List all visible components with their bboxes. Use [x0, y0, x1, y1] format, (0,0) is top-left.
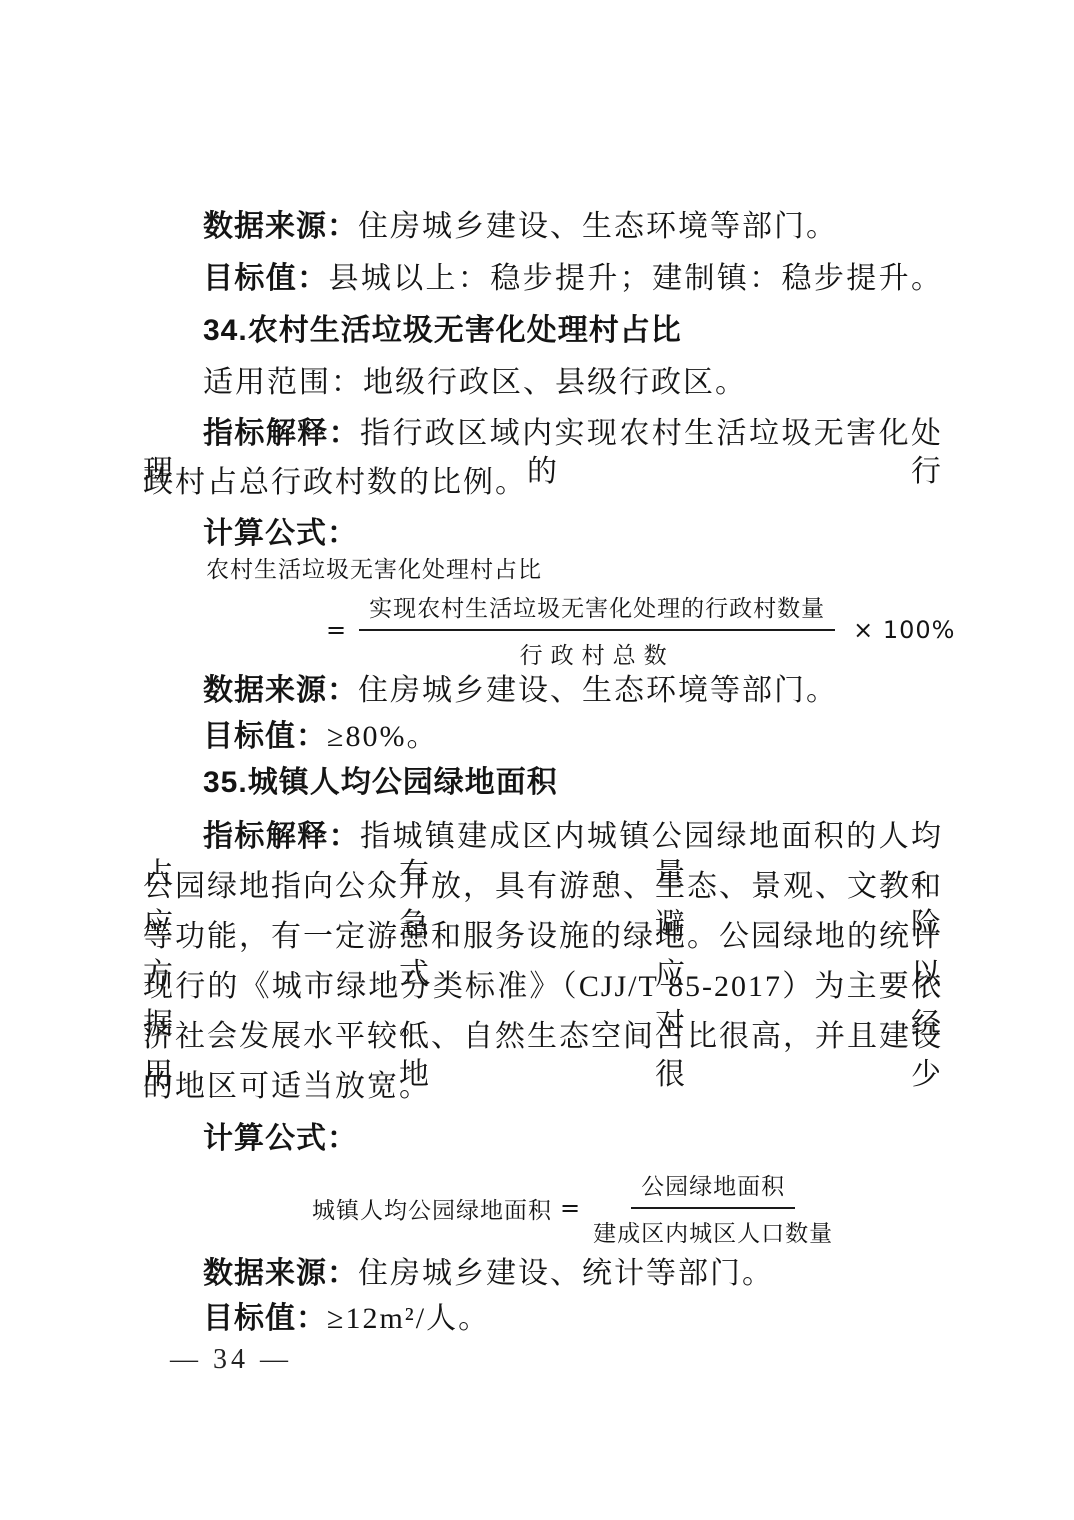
indicator-35-formula-label: 计算公式：	[143, 1120, 943, 1158]
data-source-label: 数据来源：	[203, 210, 358, 243]
indicator-35-definition-line6: 的地区可适当放宽。	[143, 1068, 943, 1106]
target-value: ≥80%。	[327, 720, 438, 753]
indicator-34-scope-line: 适用范围：地级行政区、县级行政区。	[143, 364, 943, 402]
data-source-label: 数据来源：	[203, 674, 358, 707]
fraction-denominator: 行政村总数	[520, 631, 675, 670]
indicator-34-formula-label: 计算公式：	[143, 515, 943, 553]
fraction-numerator: 公园绿地面积	[631, 1168, 795, 1209]
definition-label: 指标解释：	[203, 417, 360, 450]
fraction-denominator: 建成区内城区人口数量	[593, 1209, 833, 1248]
indicator-35-target-line: 目标值：≥12m²/人。	[143, 1300, 943, 1338]
data-source-text: 住房城乡建设、统计等部门。	[358, 1257, 774, 1290]
formula-34-fraction: = 实现农村生活垃圾无害化处理的行政村数量 行政村总数 × 100%	[326, 590, 955, 670]
fraction-numerator: 实现农村生活垃圾无害化处理的行政村数量	[359, 590, 835, 631]
page-number: — 34 —	[170, 1344, 292, 1376]
data-source-text: 住房城乡建设、生态环境等部门。	[358, 210, 838, 243]
equals-sign: =	[326, 616, 347, 644]
data-source-label: 数据来源：	[203, 1257, 358, 1290]
target-text: 县城以上：稳步提升；建制镇：稳步提升。	[328, 262, 943, 295]
target-value: ≥12m²/人。	[327, 1302, 490, 1335]
indicator-34-definition-line2: 政村占总行政村数的比例。	[143, 464, 943, 502]
target-label: 目标值：	[203, 720, 327, 753]
indicator-35-heading: 35.城镇人均公园绿地面积	[143, 764, 943, 802]
indicator-34-target-line: 目标值：≥80%。	[143, 718, 943, 756]
target-label: 目标值：	[203, 262, 328, 295]
formula-34-lhs: 农村生活垃圾无害化处理村占比	[206, 551, 542, 584]
equals-sign: =	[560, 1194, 581, 1222]
indicator-35-data-source-line: 数据来源：住房城乡建设、统计等部门。	[143, 1255, 943, 1293]
formula-35-lhs: 城镇人均公园绿地面积	[312, 1192, 552, 1225]
multiply-100-percent: × 100%	[853, 616, 955, 644]
definition-label: 指标解释：	[203, 820, 360, 853]
indicator-34-data-source-line: 数据来源：住房城乡建设、生态环境等部门。	[143, 672, 943, 710]
fraction: 实现农村生活垃圾无害化处理的行政村数量 行政村总数	[359, 590, 835, 670]
prev-target-line: 目标值：县城以上：稳步提升；建制镇：稳步提升。	[143, 260, 943, 298]
document-page: 数据来源：住房城乡建设、生态环境等部门。 目标值：县城以上：稳步提升；建制镇：稳…	[0, 0, 1074, 1520]
prev-data-source-line: 数据来源：住房城乡建设、生态环境等部门。	[143, 208, 943, 246]
data-source-text: 住房城乡建设、生态环境等部门。	[358, 674, 838, 707]
indicator-34-heading: 34.农村生活垃圾无害化处理村占比	[143, 312, 943, 350]
target-label: 目标值：	[203, 1302, 327, 1335]
formula-35: 城镇人均公园绿地面积 = 公园绿地面积 建成区内城区人口数量	[312, 1168, 841, 1248]
fraction: 公园绿地面积 建成区内城区人口数量	[593, 1168, 833, 1248]
